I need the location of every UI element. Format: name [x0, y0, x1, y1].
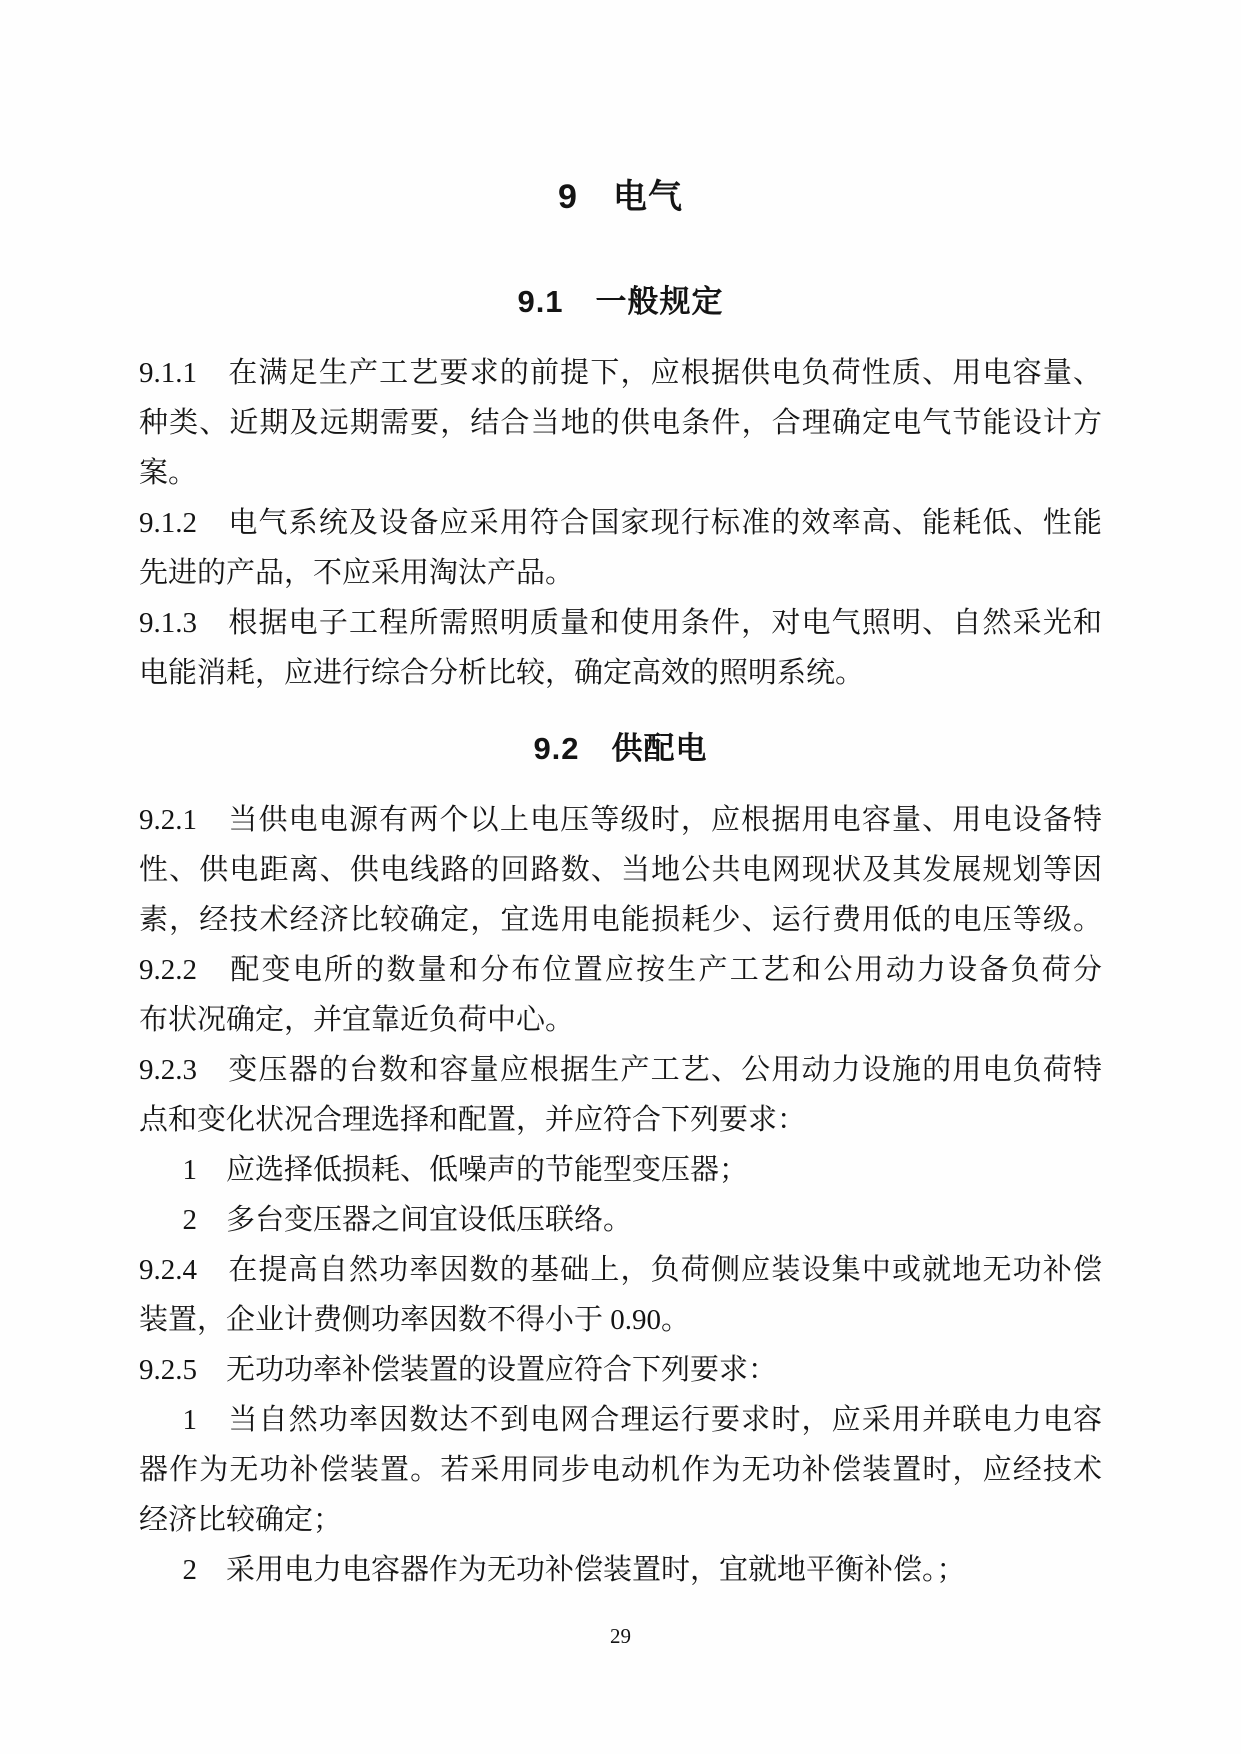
text-line: 电能消耗，应进行综合分析比较，确定高效的照明系统。 [139, 648, 1102, 698]
sections-container: 9.1 一般规定9.1.1 在满足生产工艺要求的前提下，应根据供电负荷性质、用电… [139, 281, 1102, 1595]
text-line: 1 当自然功率因数达不到电网合理运行要求时，应采用并联电力电容 [139, 1395, 1102, 1445]
text-line: 9.1.3 根据电子工程所需照明质量和使用条件，对电气照明、自然采光和 [139, 598, 1102, 648]
section-lines: 9.1.1 在满足生产工艺要求的前提下，应根据供电负荷性质、用电容量、种类、近期… [139, 348, 1102, 698]
text-line: 2 多台变压器之间宜设低压联络。 [139, 1195, 1102, 1245]
text-line: 性、供电距离、供电线路的回路数、当地公共电网现状及其发展规划等因 [139, 845, 1102, 895]
document-section: 9.2 供配电9.2.1 当供电电源有两个以上电压等级时，应根据用电容量、用电设… [139, 728, 1102, 1595]
text-line: 种类、近期及远期需要，结合当地的供电条件，合理确定电气节能设计方 [139, 398, 1102, 448]
text-line: 9.1.2 电气系统及设备应采用符合国家现行标准的效率高、能耗低、性能 [139, 498, 1102, 548]
text-line: 1 应选择低损耗、低噪声的节能型变压器； [139, 1145, 1102, 1195]
page-content: 9 电气 9.1 一般规定9.1.1 在满足生产工艺要求的前提下，应根据供电负荷… [139, 0, 1102, 1595]
text-line: 案。 [139, 448, 1102, 498]
section-lines: 9.2.1 当供电电源有两个以上电压等级时，应根据用电容量、用电设备特性、供电距… [139, 795, 1102, 1595]
text-line: 9.2.4 在提高自然功率因数的基础上，负荷侧应装设集中或就地无功补偿 [139, 1245, 1102, 1295]
text-line: 布状况确定，并宜靠近负荷中心。 [139, 995, 1102, 1045]
document-section: 9.1 一般规定9.1.1 在满足生产工艺要求的前提下，应根据供电负荷性质、用电… [139, 281, 1102, 698]
text-line: 9.2.2 配变电所的数量和分布位置应按生产工艺和公用动力设备负荷分 [139, 945, 1102, 995]
text-line: 经济比较确定； [139, 1495, 1102, 1545]
text-line: 先进的产品，不应采用淘汰产品。 [139, 548, 1102, 598]
text-line: 9.1.1 在满足生产工艺要求的前提下，应根据供电负荷性质、用电容量、 [139, 348, 1102, 398]
text-line: 2 采用电力电容器作为无功补偿装置时，宜就地平衡补偿。； [139, 1545, 1102, 1595]
text-line: 素，经技术经济比较确定，宜选用电能损耗少、运行费用低的电压等级。 [139, 895, 1102, 945]
text-line: 9.2.5 无功功率补偿装置的设置应符合下列要求： [139, 1345, 1102, 1395]
text-line: 9.2.1 当供电电源有两个以上电压等级时，应根据用电容量、用电设备特 [139, 795, 1102, 845]
text-line: 器作为无功补偿装置。若采用同步电动机作为无功补偿装置时，应经技术 [139, 1445, 1102, 1495]
section-heading: 9.1 一般规定 [139, 281, 1102, 323]
text-line: 点和变化状况合理选择和配置，并应符合下列要求： [139, 1095, 1102, 1145]
section-heading: 9.2 供配电 [139, 728, 1102, 770]
document-page: 9 电气 9.1 一般规定9.1.1 在满足生产工艺要求的前提下，应根据供电负荷… [0, 0, 1241, 1754]
page-number: 29 [0, 1622, 1241, 1650]
chapter-title: 9 电气 [139, 175, 1102, 219]
text-line: 9.2.3 变压器的台数和容量应根据生产工艺、公用动力设施的用电负荷特 [139, 1045, 1102, 1095]
text-line: 装置，企业计费侧功率因数不得小于 0.90。 [139, 1295, 1102, 1345]
